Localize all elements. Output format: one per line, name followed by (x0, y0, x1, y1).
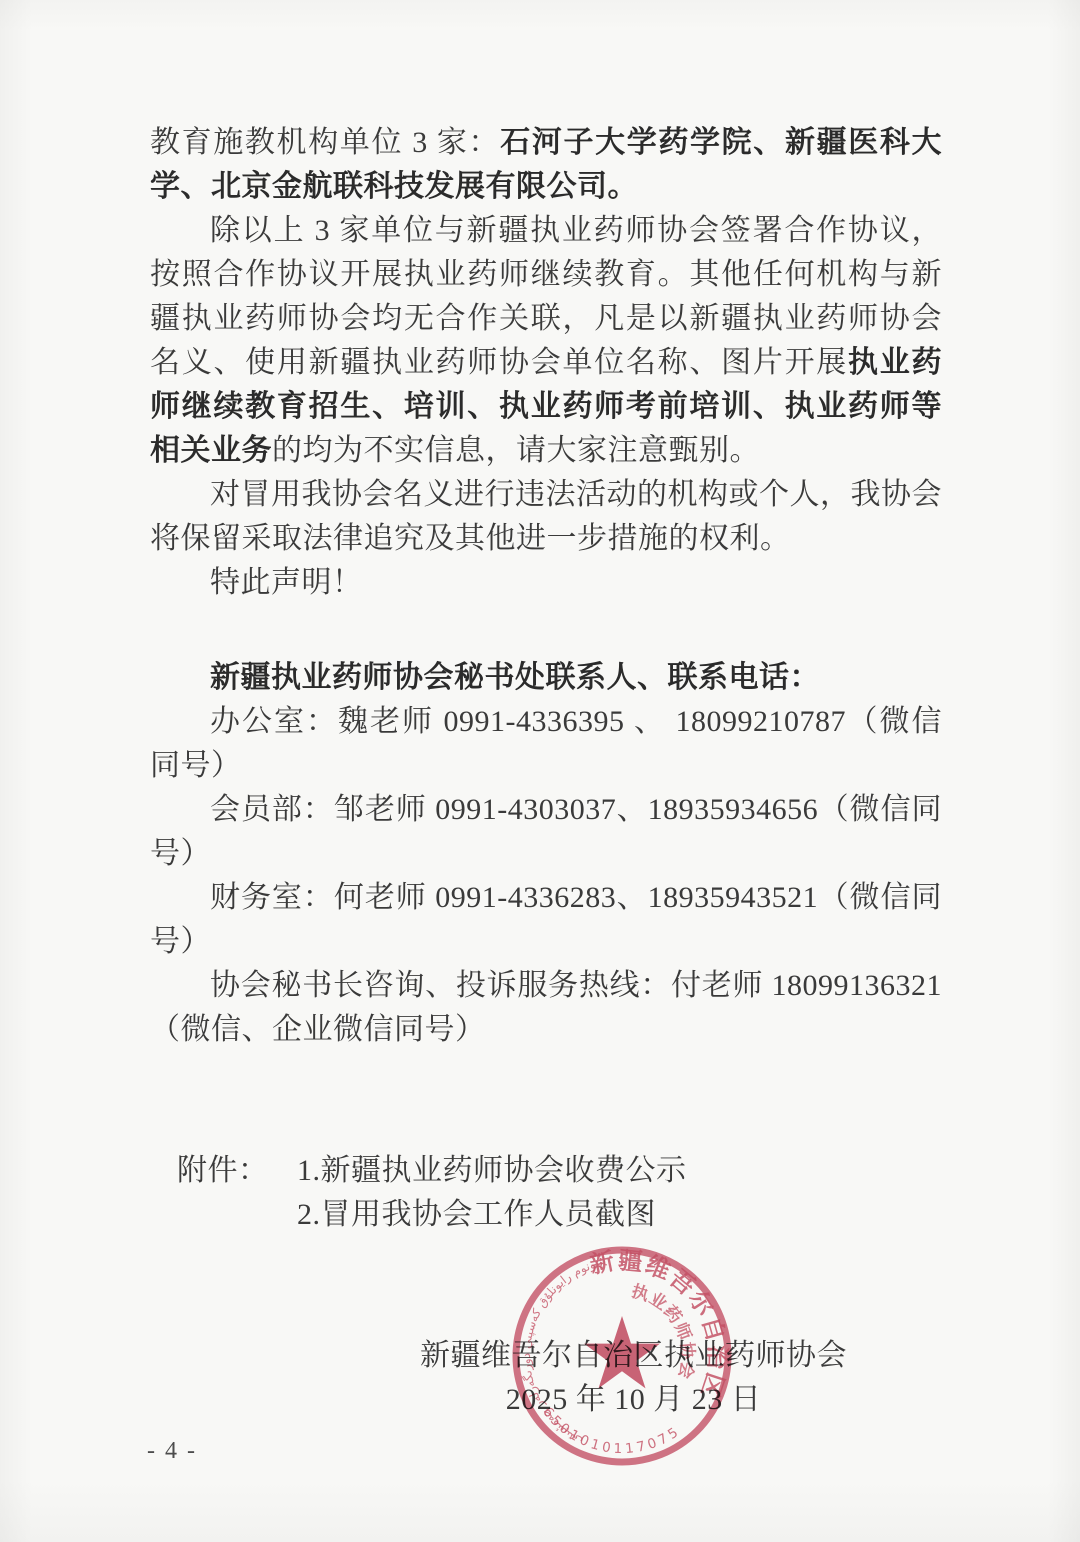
signature-date: 2025 年 10 月 23 日 (420, 1378, 847, 1422)
page-number: - 4 - (147, 1438, 197, 1465)
cooperation-text-end: 的均为不实信息，请大家注意甄别。 (272, 434, 760, 467)
cooperation-text: 除以上 3 家单位与新疆执业药师协会签署合作协议，按照合作协议开展执业药师继续教… (150, 214, 942, 379)
attachment-item-1: 1.新疆执业药师协会收费公示 (297, 1154, 687, 1187)
contacts-heading: 新疆执业药师协会秘书处联系人、联系电话： (150, 656, 942, 700)
paragraph-continued: 教育施教机构单位 3 家：石河子大学药学院、新疆医科大学、北京金航联科技发展有限… (150, 121, 942, 209)
signature-org: 新疆维吾尔自治区执业药师协会 (420, 1334, 847, 1378)
contacts-heading-text: 新疆执业药师协会秘书处联系人、联系电话： (210, 661, 820, 694)
contact-finance: 财务室：何老师 0991-4336283、18935943521（微信同号） (150, 876, 942, 964)
contact-office: 办公室：魏老师 0991-4336395 、 18099210787（微信同号） (150, 700, 942, 788)
contact-membership: 会员部：邹老师 0991-4303037、18935934656（微信同号） (150, 788, 942, 876)
signature-inner: 新疆维吾尔自治区执业药师协会 2025 年 10 月 23 日 (420, 1334, 847, 1422)
attachment-line-2: 2.冒用我协会工作人员截图 (150, 1193, 942, 1237)
attachments-label: 附件： (177, 1149, 297, 1193)
paragraph-cooperation: 除以上 3 家单位与新疆执业药师协会签署合作协议，按照合作协议开展执业药师继续教… (150, 209, 942, 473)
signature-section: 新疆维吾尔自治区执业药师协会 2025 年 10 月 23 日 (150, 1334, 942, 1422)
attachment-line-1: 附件：1.新疆执业药师协会收费公示 (150, 1149, 942, 1193)
attachments-section: 附件：1.新疆执业药师协会收费公示 2.冒用我协会工作人员截图 (150, 1149, 942, 1237)
attachment-item-2: 2.冒用我协会工作人员截图 (297, 1198, 656, 1231)
paragraph-declaration: 特此声明！ (150, 561, 942, 605)
contacts-section: 新疆执业药师协会秘书处联系人、联系电话： 办公室：魏老师 0991-433639… (150, 656, 942, 1052)
paragraph-legal-notice: 对冒用我协会名义进行违法活动的机构或个人，我协会将保留采取法律追究及其他进一步措… (150, 473, 942, 561)
contact-hotline: 协会秘书长咨询、投诉服务热线：付老师 18099136321（微信、企业微信同号… (150, 964, 942, 1052)
document-body: 教育施教机构单位 3 家：石河子大学药学院、新疆医科大学、北京金航联科技发展有限… (150, 121, 942, 1422)
paragraph-continued-text: 教育施教机构单位 3 家： (150, 126, 500, 159)
